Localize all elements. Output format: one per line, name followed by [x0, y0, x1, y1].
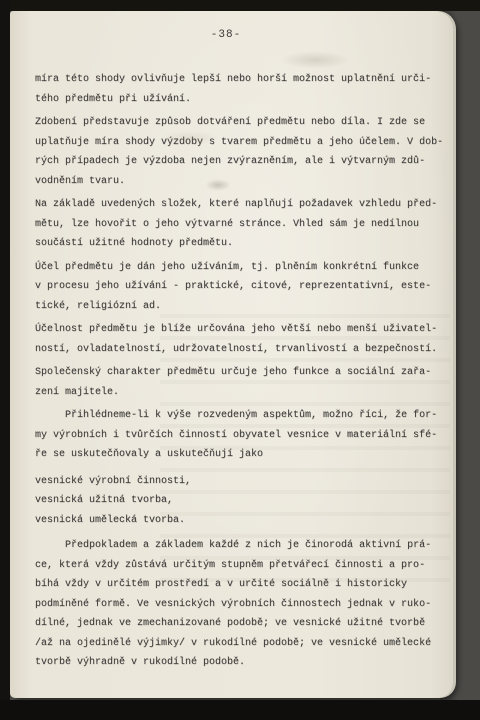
paragraph-work-premise: Předpokladem a základem každé z nich je … — [35, 536, 447, 673]
paragraph-decoration: Zdobení představuje způsob dotváření pře… — [35, 113, 447, 191]
photo-frame-bottom — [0, 700, 480, 720]
paragraph-usage-fitness: míra této shody ovlivňuje lepší nebo hor… — [35, 70, 447, 109]
paragraph-social-character: Společenský charakter předmětu určuje je… — [35, 363, 447, 402]
photo-frame-top — [0, 0, 480, 11]
list-village-activity-forms: vesnické výrobní činnosti, vesnická užit… — [35, 472, 447, 531]
scanned-photo: -38- míra této shody ovlivňuje lepší neb… — [0, 0, 480, 720]
paper-stain — [280, 51, 350, 69]
paragraph-forms-intro: Přihlédneme-li k výše rozvedeným aspektů… — [35, 406, 447, 465]
page-text: míra této shody ovlivňuje lepší nebo hor… — [35, 70, 447, 673]
paragraph-purpose: Účel předmětu je dán jeho užíváním, tj. … — [35, 258, 447, 317]
paragraph-visual-aspect: Na základě uvedených složek, které naplň… — [35, 195, 447, 254]
document-page: -38- míra této shody ovlivňuje lepší neb… — [10, 11, 453, 698]
page-number: -38- — [35, 26, 417, 44]
paragraph-usefulness: Účelnost předmětu je blíže určována jeho… — [35, 320, 447, 359]
photo-frame-left — [0, 0, 10, 720]
